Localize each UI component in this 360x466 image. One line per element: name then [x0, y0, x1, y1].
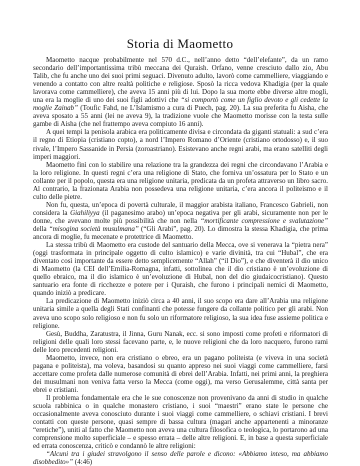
paragraph: Gesù, Buddha, Zaratustra, il Jinna, Guru… — [33, 330, 328, 354]
paragraph: La predicazione di Maometto iniziò circa… — [33, 297, 328, 329]
paragraph: La stessa tribù di Maometto era custode … — [33, 241, 328, 297]
document-page: Storia di Maometto Maometto nacque proba… — [0, 0, 360, 466]
paragraph: Maometto finì con lo stabilire una relaz… — [33, 161, 328, 201]
paragraph: “Alcuni tra i giudei stravolgono il sens… — [33, 450, 328, 466]
paragraph: A quei tempi la penisola arabica era pol… — [33, 128, 328, 160]
paragraph: Non fu, questa, un’epoca di povertà cult… — [33, 201, 328, 241]
document-body: Maometto nacque probabilmente nel 570 d.… — [33, 56, 328, 466]
paragraph: Maometto nacque probabilmente nel 570 d.… — [33, 56, 328, 128]
paragraph: Maometto, invece, non era cristiano o eb… — [33, 354, 328, 394]
paragraph: Il problema fondamentale era che le sue … — [33, 394, 328, 450]
document-title: Storia di Maometto — [0, 36, 360, 52]
